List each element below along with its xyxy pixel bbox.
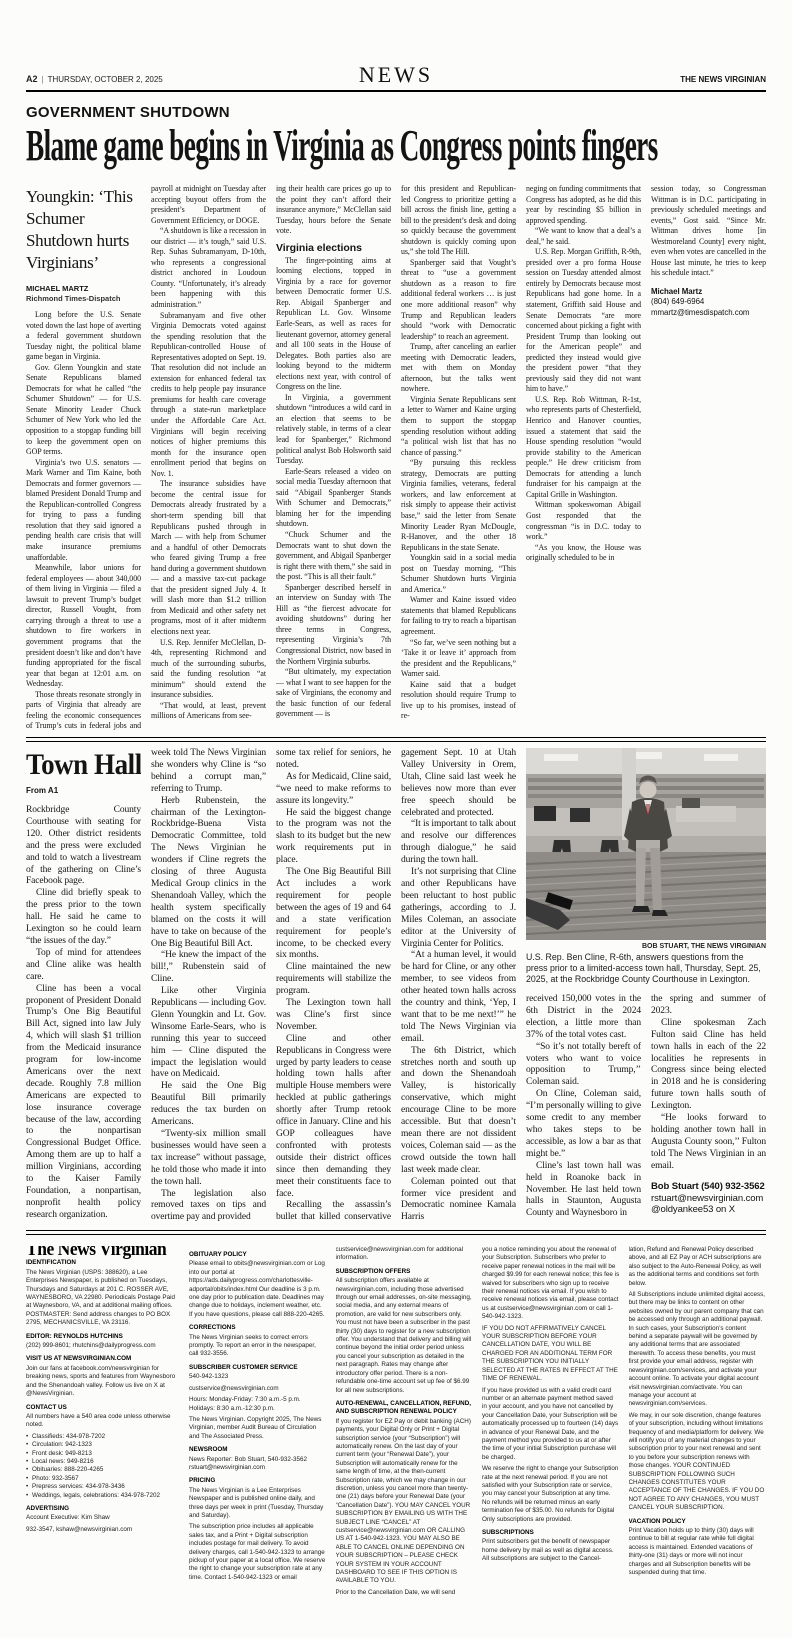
paragraph: “By pursuing this reckless strategy, Dem… (401, 458, 516, 553)
paragraph: “A shutdown is like a recession in our d… (151, 226, 266, 310)
story-subhead: Virginia elections (276, 242, 391, 254)
paragraph: Print subscribers get the benefit of new… (482, 1538, 620, 1563)
lead-column-2: payroll at midnight on Tuesday after acc… (151, 184, 266, 730)
story-headline-text: Blame game begins in Virginia as Congres… (26, 120, 658, 171)
paragraph: IF YOU DO NOT AFFIRMATIVELY CANCEL YOUR … (482, 1325, 620, 1384)
lead-column-1-body: Long before the U.S. Senate voted down t… (26, 310, 141, 730)
paragraph: you a notice reminding you about the ren… (482, 1246, 620, 1322)
paragraph: rstuart@newsvirginian.com (651, 1193, 766, 1205)
masthead-heading: CORRECTIONS (189, 1324, 327, 1332)
paragraph: Kaine said that a budget resolution shou… (401, 680, 516, 722)
paragraph: U.S. Rep. Jennifer McClellan, D-4th, rep… (151, 638, 266, 701)
paragraph: The legislation also removed taxes on ti… (151, 1189, 266, 1222)
paragraph: Cline maintained the new requirements wi… (276, 962, 391, 998)
paragraph: “That would, at least, prevent millions … (151, 701, 266, 722)
paragraph: Wittman spokeswoman Abigail Gost respond… (526, 500, 641, 542)
lead-story-columns: Youngkin: ‘This Schumer Shutdown hurts V… (26, 184, 766, 730)
lead-column-4: for this president and Republican-led Co… (401, 184, 516, 730)
paragraph: Front desk: 949-8213 (26, 1450, 180, 1458)
paragraph: the spring and summer of 2023. (651, 994, 766, 1018)
paragraph: The News Virginian. Copyright 2025, The … (189, 1416, 327, 1441)
paragraph: Weddings, legals, celebrations: 434-978-… (26, 1492, 180, 1500)
story-headline: Blame game begins in Virginia as Congres… (26, 120, 766, 172)
town-hall-column-3: some tax relief for seniors, he noted.As… (276, 748, 391, 1222)
masthead-heading: NEWSROOM (189, 1446, 327, 1454)
paragraph: The News Virginian is a Lee Enterprises … (189, 1487, 327, 1521)
town-hall-column-6: the spring and summer of 2023.Cline spok… (651, 994, 766, 1222)
folio-date: THURSDAY, OCTOBER 2, 2025 (48, 75, 163, 84)
paragraph: “As you know, the House was originally s… (526, 543, 641, 564)
masthead-heading: PRICING (189, 1477, 327, 1485)
folio-separator: | (42, 75, 44, 84)
lead-column-1: Youngkin: ‘This Schumer Shutdown hurts V… (26, 184, 141, 730)
paragraph: Michael Martz (651, 287, 766, 298)
paragraph: Top of mind for attendees and Cline alik… (26, 948, 141, 984)
paragraph: The subscription price includes all appl… (189, 1523, 327, 1582)
paragraph: All subscription offers available at new… (336, 1277, 474, 1395)
paper-name: THE NEWS VIRGINIAN (519, 75, 766, 84)
page-header: A2|THURSDAY, OCTOBER 2, 2025 NEWS THE NE… (26, 62, 766, 88)
masthead-heading: AUTO-RENEWAL, CANCELLATION, REFUND, AND … (336, 1400, 474, 1417)
town-hall-title: Town Hall (26, 748, 130, 782)
lead-column-5: neging on funding commitments that Congr… (526, 184, 641, 730)
paragraph: “He looks forward to holding another tow… (651, 1113, 766, 1173)
paragraph: U.S. Rep. Morgan Griffith, R-9th, presid… (526, 247, 641, 395)
paragraph: The finger-pointing aims at looming elec… (276, 256, 391, 393)
paragraph: session today, so Congressman Wittman is… (651, 184, 766, 279)
paragraph: Trump, after canceling an earlier meetin… (401, 342, 516, 395)
jump-line: From A1 (26, 786, 141, 795)
paragraph: “So far, we’ve seen nothing but a ‘Take … (401, 638, 516, 680)
paragraph: Cline’s last town hall was held in Roano… (526, 1161, 641, 1221)
paragraph: He said the One Big Beautiful Bill prima… (151, 1081, 266, 1129)
paragraph: Coleman pointed out that former vice pre… (401, 1177, 516, 1222)
story-kicker: GOVERNMENT SHUTDOWN (26, 104, 230, 121)
paragraph: mmartz@timesdispatch.com (651, 308, 766, 319)
masthead-heading: OBITUARY POLICY (189, 1251, 327, 1259)
paragraph: “Chuck Schumer and the Democrats want to… (276, 530, 391, 583)
section-title: NEWS (273, 62, 520, 88)
masthead-heading: EDITOR: REYNOLDS HUTCHINS (26, 1333, 180, 1341)
paragraph: “It is important to talk about and resol… (401, 819, 516, 867)
paragraph: “He knew the impact of the bill!,” Ruben… (151, 950, 266, 986)
paragraph: “Twenty-six million small businesses wou… (151, 1129, 266, 1189)
paragraph: neging on funding commitments that Congr… (526, 184, 641, 226)
paragraph: If you have provided us with a valid cre… (482, 1387, 620, 1463)
paragraph: for this president and Republican-led Co… (401, 184, 516, 258)
photo-caption: U.S. Rep. Ben Cline, R-6th, answers ques… (526, 952, 766, 985)
paragraph: Hours: Monday-Friday: 7:30 a.m.-5 p.m. H… (189, 1396, 327, 1413)
paragraph: Earle-Sears released a video on social m… (276, 467, 391, 530)
paragraph: Join our fans at facebook.com/newsvirgin… (26, 1365, 180, 1399)
masthead-column-1: The News Virginian IDENTIFICATIONThe New… (26, 1246, 180, 1624)
masthead: The News Virginian IDENTIFICATIONThe New… (26, 1246, 766, 1624)
paragraph: The insurance subsidies have become the … (151, 479, 266, 637)
town-hall-right-columns: received 150,000 votes in the 6th Distri… (526, 994, 766, 1222)
paragraph: “But ultimately, my expectation — what I… (276, 667, 391, 720)
paragraph: some tax relief for seniors, he noted. (276, 748, 391, 772)
paragraph: Prepress services: 434-978-3436 (26, 1483, 180, 1491)
paragraph: Cline and other Republicans in Congress … (276, 1034, 391, 1201)
byline-author: MICHAEL MARTZ (26, 284, 141, 294)
paragraph: Recalling the assassin’s bullet that kil… (276, 1200, 391, 1222)
masthead-heading: SUBSCRIBER CUSTOMER SERVICE (189, 1364, 327, 1372)
paragraph: Circulation: 942-1323 (26, 1441, 180, 1449)
masthead-heading: VISIT US AT NEWSVIRGINIAN.COM (26, 1355, 180, 1363)
masthead-divider (26, 1230, 766, 1235)
paragraph: All Subscriptions include unlimited digi… (629, 1291, 767, 1409)
town-hall-column-4: gagement Sept. 10 at Utah Valley Univers… (401, 748, 516, 1222)
paragraph: “We want to know that a deal’s a deal,” … (526, 226, 641, 247)
paragraph: Local news: 949-8216 (26, 1458, 180, 1466)
section-divider (26, 737, 766, 742)
paragraph: Warner and Kaine issued video statements… (401, 595, 516, 637)
paragraph: custservice@newsvirginian.com (189, 1385, 327, 1393)
byline: MICHAEL MARTZ Richmond Times-Dispatch (26, 284, 141, 303)
paragraph: “So it’s not totally bereft of voters wh… (526, 1042, 641, 1090)
paragraph: Obituaries: 888-220-4265 (26, 1466, 180, 1474)
paragraph: (202) 999-8601; rhutchins@dailyprogress.… (26, 1342, 180, 1350)
paragraph: Classifieds: 434-978-7202 (26, 1433, 180, 1441)
paragraph: Those threats resonate strongly in parts… (26, 690, 141, 730)
paragraph: In Virginia, a government shutdown “intr… (276, 393, 391, 467)
header-rule (26, 90, 766, 92)
paragraph: Cline did briefly speak to the press pri… (26, 888, 141, 948)
masthead-heading: VACATION POLICY (629, 1518, 767, 1526)
paragraph: Subramanyam and five other Virginia Demo… (151, 311, 266, 480)
paragraph: Like other Virginia Republicans — includ… (151, 986, 266, 1081)
town-hall-column-5: received 150,000 votes in the 6th Distri… (526, 994, 641, 1222)
paragraph: U.S. Rep. Rob Wittman, R-1st, who repres… (526, 395, 641, 500)
paragraph: The News Virginian (USPS: 388620), a Lee… (26, 1269, 180, 1328)
paragraph: Bob Stuart (540) 932-3562 (651, 1181, 766, 1193)
paragraph: All numbers have a 540 area code unless … (26, 1413, 180, 1430)
masthead-column-5: lation, Refund and Renewal Policy descri… (629, 1246, 767, 1624)
paragraph: Long before the U.S. Senate voted down t… (26, 310, 141, 363)
lead-column-3: ing their health care prices go up to th… (276, 184, 391, 730)
masthead-column-4: you a notice reminding you about the ren… (482, 1246, 620, 1624)
newspaper-page: A2|THURSDAY, OCTOBER 2, 2025 NEWS THE NE… (0, 0, 792, 1638)
paragraph: We reserve the right to change your Subs… (482, 1465, 620, 1524)
paragraph: The One Big Beautiful Bill Act includes … (276, 867, 391, 962)
byline-organization: Richmond Times-Dispatch (26, 294, 141, 304)
page-number: A2 (26, 74, 38, 84)
paragraph: The 6th District, which stretches north … (401, 1046, 516, 1177)
masthead-column-2: OBITUARY POLICYPlease email to obits@new… (189, 1246, 327, 1624)
paragraph: Gov. Glenn Youngkin and state Senate Rep… (26, 363, 141, 458)
paragraph: “At a human level, it would be hard for … (401, 950, 516, 1045)
masthead-heading: SUBSCRIPTIONS (482, 1529, 620, 1537)
town-hall-photo (526, 748, 766, 940)
paragraph: (804) 649-6964 (651, 297, 766, 308)
paragraph: week told The News Virginian she wonders… (151, 748, 266, 796)
photo-illustration (526, 748, 766, 940)
masthead-column-1-body: IDENTIFICATIONThe News Virginian (USPS: … (26, 1259, 180, 1534)
town-hall-column-2: week told The News Virginian she wonders… (151, 748, 266, 1222)
masthead-heading: IDENTIFICATION (26, 1259, 180, 1267)
story-deck: Youngkin: ‘This Schumer Shutdown hurts V… (26, 186, 141, 274)
paragraph: Spanberger described herself in an inter… (276, 583, 391, 667)
paragraph: He said the biggest change to the progra… (276, 808, 391, 868)
paragraph: lation, Refund and Renewal Policy descri… (629, 1246, 767, 1288)
paragraph: payroll at midnight on Tuesday after acc… (151, 184, 266, 226)
lead-column-6: session today, so Congressman Wittman is… (651, 184, 766, 730)
paragraph: gagement Sept. 10 at Utah Valley Univers… (401, 748, 516, 819)
paragraph: Meanwhile, labor unions for federal empl… (26, 563, 141, 690)
paragraph: The Lexington town hall was Cline’s firs… (276, 998, 391, 1034)
paragraph: 540-942-1323 (189, 1373, 327, 1381)
paragraph: 932-3547, kshaw@newsvirginian.com (26, 1526, 180, 1534)
paragraph: Prior to the Cancellation Date, we will … (336, 1589, 474, 1597)
paragraph: Account Executive: Kim Shaw (26, 1514, 180, 1522)
paragraph: ing their health care prices go up to th… (276, 184, 391, 237)
masthead-heading: SUBSCRIPTION OFFERS (336, 1268, 474, 1276)
paragraph: @oldyankee53 on X (651, 1204, 766, 1216)
paragraph: Virginia Senate Republicans sent a lette… (401, 395, 516, 458)
masthead-column-3: custservice@newsvirginian.com for additi… (336, 1246, 474, 1624)
paragraph: Cline spokesman Zach Fulton said Cline h… (651, 1018, 766, 1113)
town-hall-column-1-body: Rockbridge County Courthouse with seatin… (26, 805, 141, 1222)
masthead-logo: The News Virginian (26, 1246, 168, 1254)
town-hall-column-1: Town Hall From A1 Rockbridge County Cour… (26, 748, 141, 1222)
paragraph: We may, in our sole discretion, change f… (629, 1412, 767, 1513)
paragraph: Virginia’s two U.S. senators — Mark Warn… (26, 458, 141, 563)
paragraph: Youngkin said in a social media post on … (401, 553, 516, 595)
paragraph: Print Vacation holds up to thirty (30) d… (629, 1527, 767, 1577)
paragraph: received 150,000 votes in the 6th Distri… (526, 994, 641, 1042)
paragraph: As for Medicaid, Cline said, “we need to… (276, 772, 391, 808)
paragraph: Herb Rubenstein, the chairman of the Lex… (151, 796, 266, 951)
photo-credit: BOB STUART, THE NEWS VIRGINIAN (526, 943, 766, 950)
paragraph: It’s not surprising that Cline and other… (401, 867, 516, 950)
paragraph: Photo: 932-3567 (26, 1475, 180, 1483)
paragraph: Spanberger said that Vought’s threat to … (401, 258, 516, 342)
paragraph: Please email to obits@newsvirginian.com … (189, 1260, 327, 1319)
paragraph: If you register for EZ Pay or debit bank… (336, 1418, 474, 1586)
paragraph: The News Virginian seeks to correct erro… (189, 1334, 327, 1359)
town-hall-section: Town Hall From A1 Rockbridge County Cour… (26, 748, 766, 1222)
folio-left: A2|THURSDAY, OCTOBER 2, 2025 (26, 74, 273, 84)
paragraph: Cline has been a vocal proponent of Pres… (26, 984, 141, 1222)
town-hall-photo-block: BOB STUART, THE NEWS VIRGINIAN U.S. Rep.… (526, 748, 766, 1222)
masthead-heading: ADVERTISING (26, 1505, 180, 1513)
paragraph: Rockbridge County Courthouse with seatin… (26, 805, 141, 888)
paragraph: custservice@newsvirginian.com for additi… (336, 1246, 474, 1263)
masthead-heading: CONTACT US (26, 1404, 180, 1412)
paragraph: News Reporter: Bob Stuart, 540-932-3562 … (189, 1456, 327, 1473)
paragraph: On Cline, Coleman said, “I’m personally … (526, 1089, 641, 1160)
